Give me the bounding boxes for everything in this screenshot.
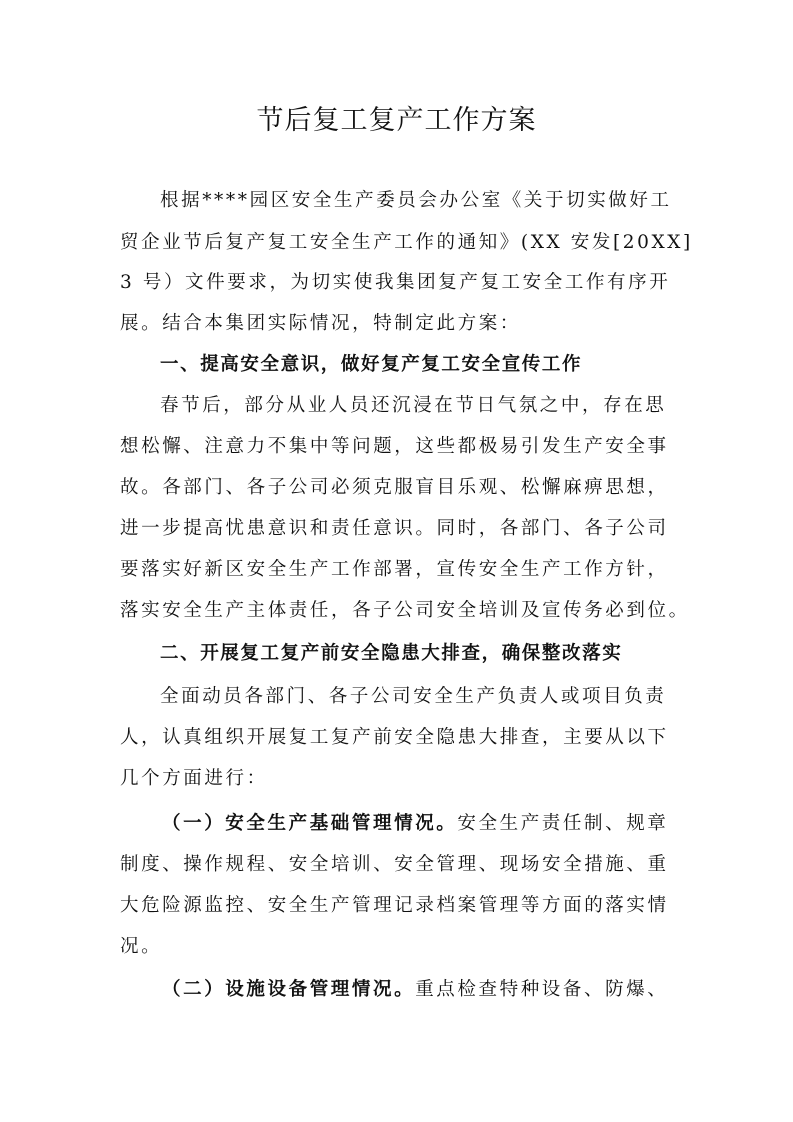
paragraph-line: 故。各部门、各子公司必须克服盲目乐观、松懈麻痹思想， <box>120 475 685 501</box>
sub-item-1: （一）安全生产基础管理情况。安全生产责任制、规章 <box>162 811 727 837</box>
paragraph-line: 春节后，部分从业人员还沉浸在节日气氛之中，存在思 <box>160 393 725 419</box>
paragraph-line: 人，认真组织开展复工复产前安全隐患大排查，主要从以下 <box>120 725 685 751</box>
paragraph-line: 制度、操作规程、安全培训、安全管理、现场安全措施、重 <box>120 852 685 878</box>
paragraph-line: 3 号）文件要求，为切实使我集团复产复工安全工作有序开 <box>120 270 685 296</box>
section-heading-2: 二、开展复工复产前安全隐患大排查，确保整改落实 <box>160 641 725 667</box>
paragraph-line: 进一步提高忧患意识和责任意识。同时，各部门、各子公司 <box>120 516 685 542</box>
sub-item-heading: （二）设施设备管理情况。 <box>162 979 415 1000</box>
paragraph-line: 展。结合本集团实际情况，特制定此方案： <box>120 311 685 337</box>
sub-item-text: 重点检查特种设备、防爆、 <box>415 979 668 1000</box>
paragraph-line: 根据****园区安全生产委员会办公室《关于切实做好工 <box>160 188 725 214</box>
paragraph-line: 贸企业节后复产复工安全生产工作的通知》(XX 安发[20XX] <box>120 230 685 256</box>
paragraph-line: 况。 <box>120 934 685 960</box>
sub-item-text: 安全生产责任制、规章 <box>457 813 668 834</box>
sub-item-2: （二）设施设备管理情况。重点检查特种设备、防爆、 <box>162 977 727 1003</box>
paragraph-line: 大危险源监控、安全生产管理记录档案管理等方面的落实情 <box>120 893 685 919</box>
section-heading-1: 一、提高安全意识，做好复产复工安全宣传工作 <box>160 352 725 378</box>
document-title: 节后复工复产工作方案 <box>0 98 793 137</box>
paragraph-line: 落实安全生产主体责任，各子公司安全培训及宣传务必到位。 <box>120 598 685 624</box>
paragraph-line: 要落实好新区安全生产工作部署，宣传安全生产工作方针， <box>120 557 685 583</box>
sub-item-heading: （一）安全生产基础管理情况。 <box>162 813 457 834</box>
paragraph-line: 几个方面进行： <box>120 766 685 792</box>
paragraph-line: 想松懈、注意力不集中等问题，这些都极易引发生产安全事 <box>120 434 685 460</box>
paragraph-line: 全面动员各部门、各子公司安全生产负责人或项目负责 <box>160 684 725 710</box>
